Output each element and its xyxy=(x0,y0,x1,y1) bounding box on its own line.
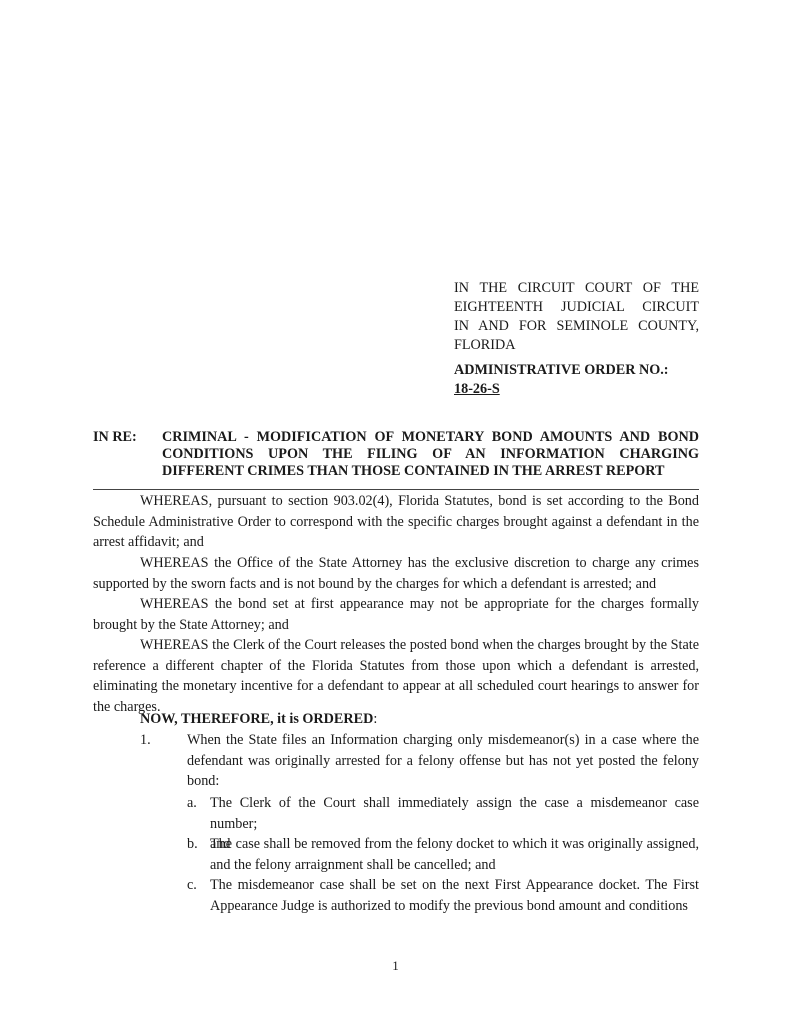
order-number: 18-26-S xyxy=(454,381,500,397)
text-line: When the State files an Information char… xyxy=(187,730,699,751)
court-caption-line: IN THE CIRCUIT COURT OF THE xyxy=(454,279,699,298)
text-line: The case shall be removed from the felon… xyxy=(210,834,699,855)
text-line: arrest affidavit; and xyxy=(93,532,699,553)
order-label: ADMINISTRATIVE ORDER NO.: xyxy=(454,361,699,380)
whereas-paragraph: WHEREAS the Office of the State Attorney… xyxy=(93,553,699,594)
order-item-text: When the State files an Information char… xyxy=(187,730,699,792)
whereas-paragraph: WHEREAS the Clerk of the Court releases … xyxy=(93,635,699,717)
text-line: and the felony arraignment shall be canc… xyxy=(210,855,699,876)
text-line: WHEREAS the bond set at first appearance… xyxy=(93,594,699,615)
page-number: 1 xyxy=(0,958,791,974)
text-line: eliminating the monetary incentive for a… xyxy=(93,676,699,697)
text-line: reference a different chapter of the Flo… xyxy=(93,656,699,677)
subitem-letter: a. xyxy=(187,793,197,814)
text-line: The misdemeanor case shall be set on the… xyxy=(210,875,699,896)
in-re-label: IN RE: xyxy=(93,429,137,446)
in-re-title-line: CRIMINAL - MODIFICATION OF MONETARY BOND… xyxy=(162,429,699,446)
text-line: WHEREAS, pursuant to section 903.02(4), … xyxy=(93,491,699,512)
text-line: Schedule Administrative Order to corresp… xyxy=(93,512,699,533)
horizontal-divider xyxy=(93,489,699,490)
subitem-text: The misdemeanor case shall be set on the… xyxy=(210,875,699,916)
document-page: IN THE CIRCUIT COURT OF THE EIGHTEENTH J… xyxy=(0,0,791,1024)
text-line: supported by the sworn facts and is not … xyxy=(93,574,699,595)
text-line: bond: xyxy=(187,771,699,792)
whereas-paragraph: WHEREAS, pursuant to section 903.02(4), … xyxy=(93,491,699,553)
text-line: WHEREAS the Clerk of the Court releases … xyxy=(93,635,699,656)
subitem-letter: b. xyxy=(187,834,198,855)
court-caption-line: EIGHTEENTH JUDICIAL CIRCUIT xyxy=(454,298,699,317)
text-line: WHEREAS the Office of the State Attorney… xyxy=(93,553,699,574)
whereas-paragraph: WHEREAS the bond set at first appearance… xyxy=(93,594,699,635)
subitem-letter: c. xyxy=(187,875,197,896)
ordered-heading: NOW, THEREFORE, it is ORDERED: xyxy=(140,709,377,729)
text-line: Appearance Judge is authorized to modify… xyxy=(210,896,699,917)
ordered-colon: : xyxy=(373,711,377,727)
in-re-title-line: DIFFERENT CRIMES THAN THOSE CONTAINED IN… xyxy=(162,463,699,480)
in-re-title-line: CONDITIONS UPON THE FILING OF AN INFORMA… xyxy=(162,446,699,463)
court-caption-line: IN AND FOR SEMINOLE COUNTY, xyxy=(454,317,699,336)
text-line: brought by the State Attorney; and xyxy=(93,615,699,636)
text-line: The Clerk of the Court shall immediately… xyxy=(210,793,699,834)
administrative-order-block: ADMINISTRATIVE ORDER NO.: 18-26-S xyxy=(454,361,699,399)
court-caption: IN THE CIRCUIT COURT OF THE EIGHTEENTH J… xyxy=(454,279,699,355)
court-caption-line: FLORIDA xyxy=(454,336,699,355)
order-item-number: 1. xyxy=(140,730,151,751)
in-re-title: CRIMINAL - MODIFICATION OF MONETARY BOND… xyxy=(162,429,699,480)
ordered-heading-text: NOW, THEREFORE, it is ORDERED xyxy=(140,711,373,727)
subitem-text: The case shall be removed from the felon… xyxy=(210,834,699,875)
text-line: defendant was originally arrested for a … xyxy=(187,751,699,772)
